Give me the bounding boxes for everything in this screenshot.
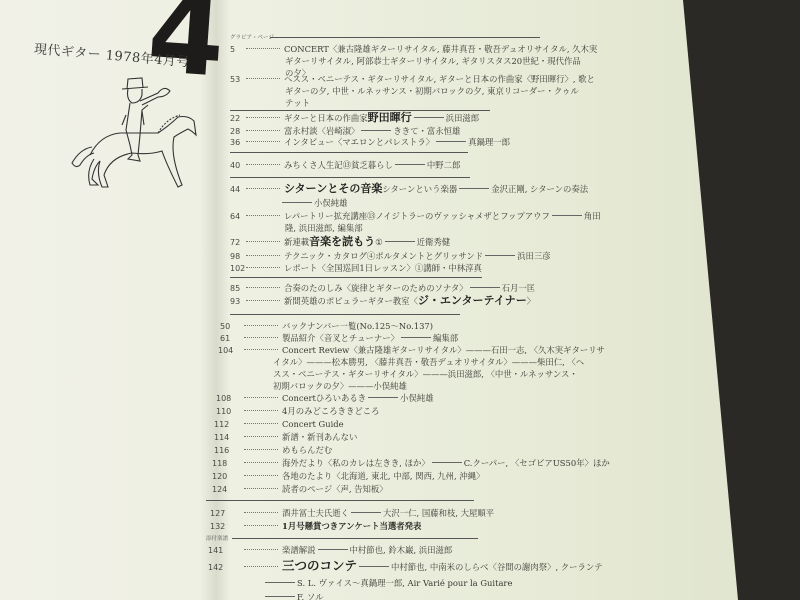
leader-dots (244, 436, 278, 437)
section-divider (230, 277, 482, 278)
entry-continuation: ギターの夕, 中世・ルネッサンス・初期バロックの夕, 東京リコーダー・クゥル (285, 85, 579, 97)
entry-author: 近衛秀健 (417, 237, 451, 247)
leader-dots (246, 215, 280, 216)
entry-title: Concertひろいあるき (282, 393, 366, 403)
section-divider (232, 538, 478, 539)
entry-title-bold: 三つのコンテ (282, 558, 357, 573)
leader-dots (244, 337, 278, 338)
entry-title: 各地のたより〈北海道, 東北, 中部, 関西, 九州, 沖縄〉 (282, 471, 485, 481)
dash-separator (414, 117, 444, 118)
toc-entry[interactable]: 1321月号懸賞つきアンケート当選者発表 (210, 520, 421, 533)
page-number: 120 (212, 471, 244, 483)
entry-author: S. L. ヴァイス〜真鍋理一郎, Air Varié pour la Guit… (297, 578, 512, 588)
entry-author: 浜田滋郎 (446, 113, 480, 123)
dash-separator (485, 255, 515, 256)
entry-title-suffix: ① (375, 237, 383, 247)
dash-separator (361, 130, 391, 131)
entry-author: 編集部 (433, 333, 458, 343)
page-number: 112 (214, 419, 244, 431)
page-number: 108 (216, 393, 244, 405)
toc-entry[interactable]: 127酒井冨士夫氏逝く大沢一仁, 国藤和枝, 大屋順平 (210, 507, 494, 520)
page-number: 22 (230, 113, 246, 125)
magazine-page: 4 現代ギター 1978年4月号 グラビア・ページ 5CONCERT〈兼古隆雄ギ… (0, 0, 800, 600)
page-number: 127 (210, 508, 244, 520)
entry-author: F. ソル (297, 592, 324, 600)
entry-subtitle: シターンという楽器 (382, 184, 457, 194)
toc-entry[interactable]: 116めもらんだむ (214, 444, 332, 457)
section-divider (206, 500, 474, 501)
dash-separator (459, 188, 489, 189)
leader-dots (246, 141, 280, 142)
section-divider (270, 37, 540, 38)
entry-author: 小俣純雄 (400, 393, 434, 403)
leader-dots (244, 449, 278, 450)
entry-continuation: 初期バロックの夕〉———小俣純雄 (273, 380, 407, 392)
entry-title-bold: 野田暉行 (368, 111, 412, 124)
entry-title: ギターと日本の作曲家 (284, 113, 368, 123)
entry-title: 読者のページ〈声, 告知板〉 (282, 484, 388, 494)
entry-continuation: テット (285, 97, 310, 109)
entry-title: 合奏のたのしみ〈旋律とギターのためのソナタ〉 (284, 283, 468, 293)
entry-author: 中野二郎 (427, 160, 461, 170)
leader-dots (244, 512, 278, 513)
entry-title-bold: 1月号懸賞つきアンケート当選者発表 (282, 521, 421, 531)
page-number: 141 (208, 545, 244, 557)
entry-author: C.クーパー, 〈セゴビアUS50年〉ほか (464, 458, 610, 468)
toc-entry[interactable]: 102レポート〈全国巡回1日レッスン〉①講師・中林淳真 (230, 262, 482, 275)
dash-separator (552, 215, 582, 216)
leader-dots (244, 462, 278, 463)
page-number: 85 (230, 283, 246, 295)
dash-separator (359, 566, 389, 567)
entry-author: 大沢一仁, 国藤和枝, 大屋順平 (383, 508, 494, 518)
entry-author: 真鍋理一郎 (468, 137, 510, 147)
leader-dots (246, 267, 280, 268)
entry-title: めもらんだむ (282, 445, 332, 455)
entry-continuation: F. ソル (263, 591, 324, 600)
entry-title: インタビュー〈マエロンとパレストラ〉 (284, 137, 434, 147)
leader-dots (246, 78, 280, 79)
leader-dots (244, 349, 278, 350)
entry-title: レパートリー拡充講座⑬ノイジトラーのヴァッシャメザとフップアウフ (284, 211, 550, 221)
leader-dots (244, 549, 278, 550)
toc-entry[interactable]: 118海外だより〈私のカレは左きき, ほか〉C.クーパー, 〈セゴビアUS50年… (212, 457, 610, 470)
dash-separator (282, 202, 312, 203)
page-number: 53 (230, 74, 246, 86)
leader-dots (246, 241, 280, 242)
leader-dots (246, 48, 280, 49)
section-divider (230, 177, 470, 178)
leader-dots (246, 164, 280, 165)
leader-dots (244, 325, 278, 326)
entry-title: テクニック・カタログ④ポルタメントとグリッサンド (284, 251, 483, 261)
dash-separator (436, 141, 466, 142)
section-label-gravure: グラビア・ページ (230, 33, 274, 41)
page-number: 104 (218, 345, 244, 357)
dash-separator (385, 241, 415, 242)
page-number: 102 (230, 263, 246, 275)
page-number: 44 (230, 184, 246, 196)
page-number: 110 (216, 406, 244, 418)
section-divider (230, 314, 460, 315)
page-number: 114 (214, 432, 244, 444)
page-number: 142 (208, 562, 244, 574)
entry-title: レポート〈全国巡回1日レッスン〉①講師・中林淳真 (284, 263, 482, 273)
toc-entry[interactable]: 114新譜・新刊あんない (214, 431, 357, 444)
dash-separator (432, 462, 462, 463)
section-divider (230, 152, 468, 153)
toc-entry[interactable]: 44シターンとその音楽シターンという楽器金沢正剛, シターンの奏法 (230, 183, 588, 196)
toc-entry[interactable]: 124読者のページ〈声, 告知板〉 (212, 483, 388, 496)
leader-dots (244, 410, 278, 411)
leader-dots (244, 525, 278, 526)
entry-title: 酒井冨士夫氏逝く (282, 508, 349, 518)
leader-dots (246, 188, 280, 189)
toc-entry[interactable]: 72新連載音楽を読もう①近衛秀健 (230, 236, 450, 249)
section-label-attached-scores: 添付楽譜 (206, 534, 228, 542)
entry-continuation: 小俣純雄 (280, 197, 348, 209)
toc-entry[interactable]: 22ギターと日本の作曲家野田暉行浜田滋郎 (230, 112, 479, 125)
entry-author: 金沢正剛, シターンの奏法 (491, 184, 588, 194)
leader-dots (246, 130, 280, 131)
entry-title-bold: ジ・エンターテイナー (418, 294, 527, 307)
entry-author: ききて・富永恒雄 (393, 126, 460, 136)
entry-title: 楽譜解説 (282, 545, 316, 555)
entry-author: 中村節也, 鈴木巌, 浜田滋郎 (350, 545, 453, 555)
section-divider (230, 110, 490, 111)
page-number: 64 (230, 211, 246, 223)
toc-entry[interactable]: 108Concertひろいあるき小俣純雄 (216, 392, 434, 405)
page-number: 5 (230, 44, 246, 56)
entry-continuation: スス・ベニーテス・ギターリサイタル〉———浜田滋郎, 〈中世・ルネッサンス・ (273, 368, 578, 380)
dash-separator (401, 337, 431, 338)
leader-dots (246, 255, 280, 256)
entry-title-bold: シターンとその音楽 (284, 182, 382, 195)
dash-separator (265, 596, 295, 597)
page-number: 118 (212, 458, 244, 470)
toc-entry[interactable]: 112Concert Guide (214, 418, 344, 431)
dash-separator (470, 287, 500, 288)
entry-continuation: S. L. ヴァイス〜真鍋理一郎, Air Varié pour la Guit… (263, 577, 512, 589)
entry-title: みちくさ人生記⑬貧乏暮らし (284, 160, 393, 170)
leader-dots (244, 397, 278, 398)
entry-title: 新譜・新刊あんない (282, 432, 357, 442)
page-number: 124 (212, 484, 244, 496)
entry-title: 4月のみどころききどころ (282, 406, 379, 416)
entry-title-bold: 音楽を読もう (309, 235, 375, 248)
entry-title: 製品紹介〈音叉とチューナー〉 (282, 333, 399, 343)
leader-dots (244, 475, 278, 476)
dash-separator (395, 164, 425, 165)
entry-continuation: ギターリサイタル, 阿部恭士ギターリサイタル, ギタリスタス20世紀・現代作品 (285, 55, 581, 67)
leader-dots (244, 423, 278, 424)
toc-entry[interactable]: 36インタビュー〈マエロンとパレストラ〉真鍋理一郎 (230, 136, 510, 149)
page-number: 132 (210, 521, 244, 533)
dash-separator (265, 582, 295, 583)
entry-title: バックナンバー一覧(No.125～No.137) (282, 321, 433, 331)
entry-title: 新連載 (284, 237, 309, 247)
entry-title-suffix: 〉 (527, 296, 535, 306)
page-number: 116 (214, 445, 244, 457)
page-number: 36 (230, 137, 246, 149)
toc-entry[interactable]: 141楽譜解説中村節也, 鈴木巌, 浜田滋郎 (208, 544, 452, 557)
toc-entry[interactable]: 40みちくさ人生記⑬貧乏暮らし中野二郎 (230, 159, 460, 172)
dash-separator (318, 549, 348, 550)
entry-author: 小俣純雄 (314, 198, 348, 208)
leader-dots (246, 287, 280, 288)
entry-title: CONCERT〈兼古隆雄ギターリサイタル, 藤井真吾・敬吾デュオリサイタル, 久… (284, 44, 597, 54)
leader-dots (246, 300, 280, 301)
toc-entry[interactable]: 120各地のたより〈北海道, 東北, 中部, 関西, 九州, 沖縄〉 (212, 470, 485, 483)
entry-continuation: 隆, 浜田滋郎, 編集部 (285, 222, 363, 234)
horseman-with-horn-icon (70, 75, 210, 195)
entry-title: 新間英雄のポピュラーギター教室〈 (284, 296, 418, 306)
page-number: 93 (230, 296, 246, 308)
toc-entry[interactable]: 93新間英雄のポピュラーギター教室〈ジ・エンターテイナー〉 (230, 295, 535, 308)
leader-dots (244, 566, 278, 567)
page-number: 72 (230, 237, 246, 249)
entry-author: 石月一匡 (502, 283, 536, 293)
leader-dots (246, 117, 280, 118)
entry-title: ヘスス・ベニーテス・ギターリサイタル, ギターと日本の作曲家〈野田暉行〉, 歌と (284, 74, 595, 84)
toc-entry[interactable]: 142三つのコンテ中村節也, 中南米のしらべ〈谷間の謝肉祭〉, クーランテ (208, 560, 603, 574)
entry-title: Concert Review〈兼古隆雄ギターリサイタル〉———石田一志, 〈久木… (282, 345, 605, 355)
entry-author: 中村節也, 中南米のしらべ〈谷間の謝肉祭〉, クーランテ (391, 562, 603, 572)
page-number: 40 (230, 160, 246, 172)
toc-entry[interactable]: 1104月のみどころききどころ (216, 405, 379, 418)
entry-title: Concert Guide (282, 419, 344, 429)
entry-title: 富永村談〈岩崎淑〉 (284, 126, 359, 136)
dash-separator (351, 512, 381, 513)
entry-author: 角田 (584, 211, 601, 221)
entry-continuation: イタル〉———松本勝男, 〈藤井真吾・敬吾デュオリサイタル〉———柴田仁, 〈ヘ (273, 356, 584, 368)
dash-separator (368, 397, 398, 398)
entry-author: 浜田三彦 (517, 251, 551, 261)
entry-title: 海外だより〈私のカレは左きき, ほか〉 (282, 458, 430, 468)
leader-dots (244, 488, 278, 489)
